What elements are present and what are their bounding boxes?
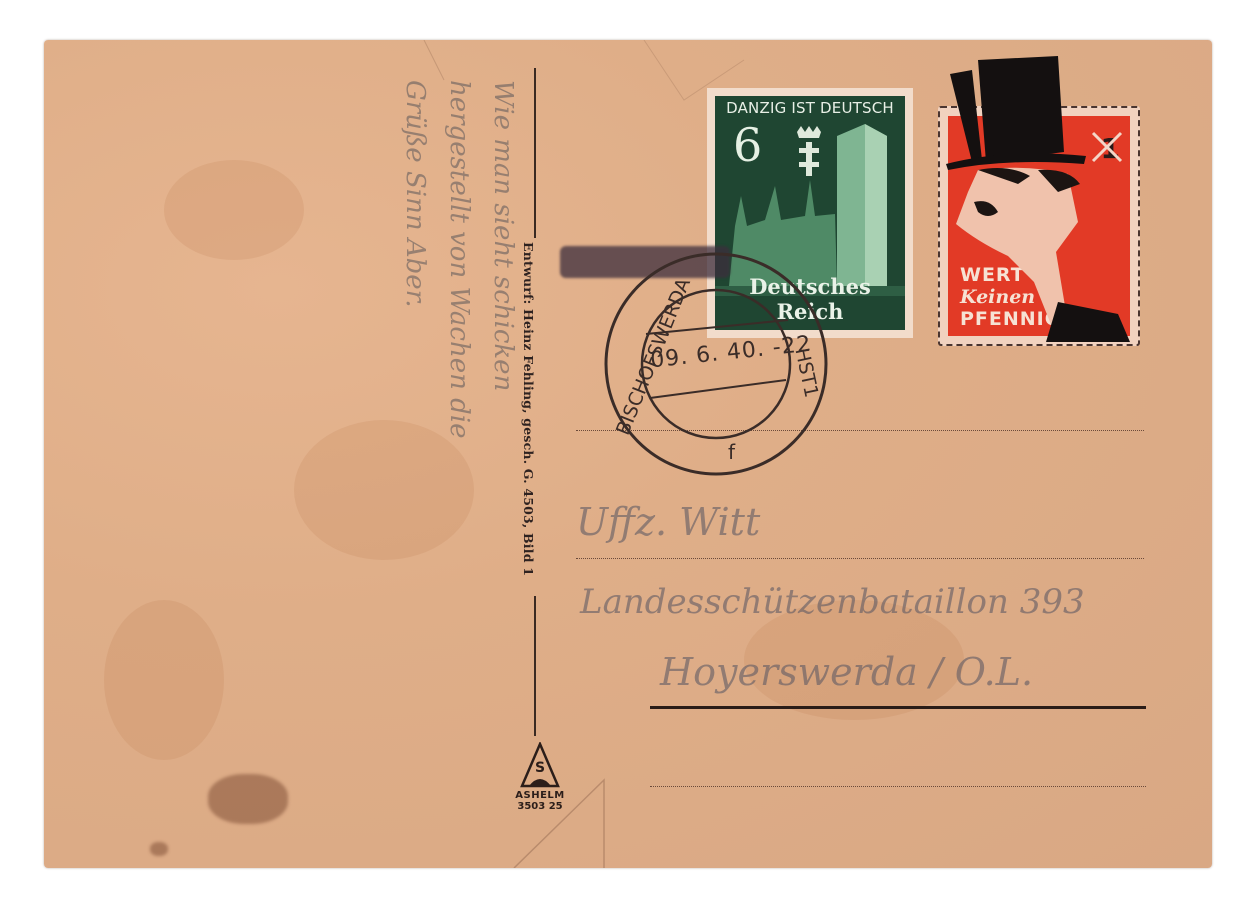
address-line-4 [650, 786, 1146, 787]
address-line-2 [576, 558, 1144, 559]
publisher-code: 3503 25 [512, 801, 568, 812]
triangle-s-logo: S [520, 742, 560, 788]
address-name: Uffz. Witt [576, 500, 760, 544]
message-line: Wie man sieht schicken [481, 80, 525, 800]
stain [208, 774, 288, 824]
address-town: Hoyerswerda / O.L. [660, 650, 1033, 694]
message-line: hergestellt von Wachen die [437, 80, 481, 800]
danzig-coat-of-arms-icon [797, 126, 821, 176]
stain [150, 842, 168, 856]
propaganda-stamp: 1 WERT Keinen PFENNIG [938, 52, 1138, 344]
top-hat-caricature-icon [938, 52, 1138, 344]
handwritten-message: Wie man sieht schicken hergestellt von W… [393, 80, 525, 800]
svg-text:S: S [535, 760, 545, 776]
divider-line-top [534, 68, 536, 238]
message-line: Grüße Sinn Aber. [393, 80, 437, 800]
postmark-letter: f [728, 440, 735, 464]
address-unit: Landesschützenbataillon 393 [580, 582, 1085, 622]
address-line-3 [650, 706, 1146, 709]
